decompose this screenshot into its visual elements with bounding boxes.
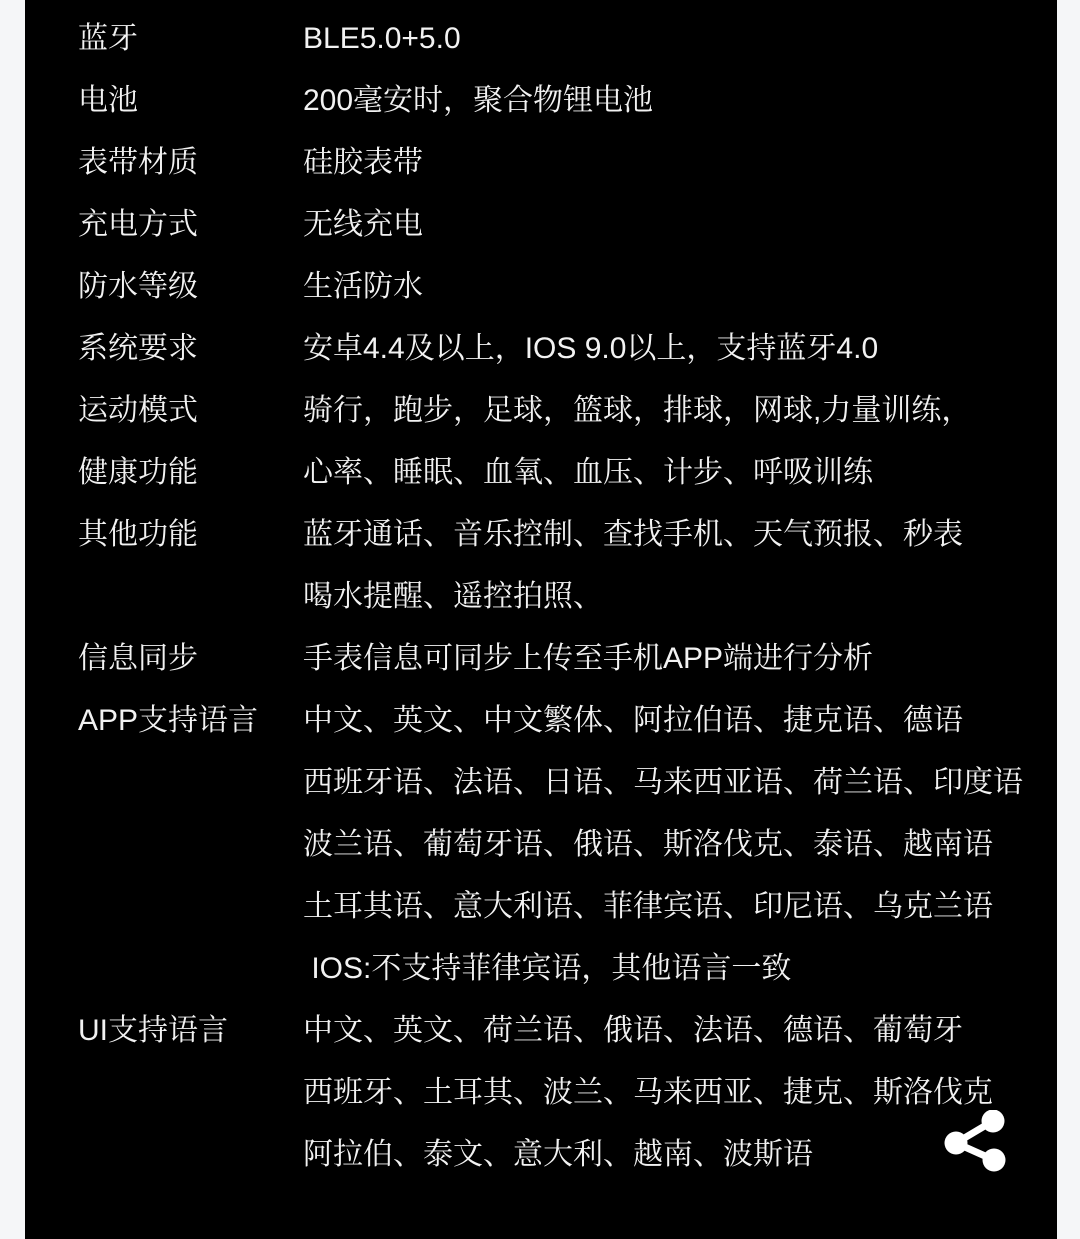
spec-value-line: 土耳其语、意大利语、菲律宾语、印尼语、乌克兰语	[303, 876, 1057, 938]
spec-value-line: 硅胶表带	[303, 132, 1057, 194]
spec-value-line: 中文、英文、中文繁体、阿拉伯语、捷克语、德语	[303, 690, 1057, 752]
spec-value: 硅胶表带	[303, 132, 1057, 194]
spec-table: 蓝牙 BLE5.0+5.0 电池 200毫安时，聚合物锂电池 表带材质 硅胶表带…	[25, 8, 1057, 1186]
spec-label: 系统要求	[25, 318, 303, 380]
spec-label: 蓝牙	[25, 8, 303, 70]
spec-value: 骑行，跑步，足球，篮球，排球，网球,力量训练，	[303, 380, 1057, 442]
spec-value-line: 生活防水	[303, 256, 1057, 318]
spec-row-waterproof: 防水等级 生活防水	[25, 256, 1057, 318]
spec-value: 手表信息可同步上传至手机APP端进行分析	[303, 628, 1057, 690]
spec-value-line: 蓝牙通话、音乐控制、查找手机、天气预报、秒表	[303, 504, 1057, 566]
spec-value-line: 喝水提醒、遥控拍照、	[303, 566, 1057, 628]
spec-row-strap-material: 表带材质 硅胶表带	[25, 132, 1057, 194]
spec-value: 心率、睡眠、血氧、血压、计步、呼吸训练	[303, 442, 1057, 504]
spec-value: 安卓4.4及以上，IOS 9.0以上，支持蓝牙4.0	[303, 318, 1057, 380]
spec-row-battery: 电池 200毫安时，聚合物锂电池	[25, 70, 1057, 132]
spec-value: 200毫安时，聚合物锂电池	[303, 70, 1057, 132]
spec-value-line: 手表信息可同步上传至手机APP端进行分析	[303, 628, 1057, 690]
spec-value: 生活防水	[303, 256, 1057, 318]
spec-label: 充电方式	[25, 194, 303, 256]
spec-value-line: 骑行，跑步，足球，篮球，排球，网球,力量训练，	[303, 380, 1057, 442]
spec-value-line: 心率、睡眠、血氧、血压、计步、呼吸训练	[303, 442, 1057, 504]
spec-label: UI支持语言	[25, 1000, 303, 1062]
spec-label: 电池	[25, 70, 303, 132]
spec-row-info-sync: 信息同步 手表信息可同步上传至手机APP端进行分析	[25, 628, 1057, 690]
spec-label: APP支持语言	[25, 690, 303, 752]
spec-row-charging: 充电方式 无线充电	[25, 194, 1057, 256]
spec-value-line: 中文、英文、荷兰语、俄语、法语、德语、葡萄牙	[303, 1000, 1057, 1062]
spec-value: BLE5.0+5.0	[303, 8, 1057, 70]
spec-value-line: 波兰语、葡萄牙语、俄语、斯洛伐克、泰语、越南语	[303, 814, 1057, 876]
spec-row-health-functions: 健康功能 心率、睡眠、血氧、血压、计步、呼吸训练	[25, 442, 1057, 504]
spec-row-app-languages: APP支持语言 中文、英文、中文繁体、阿拉伯语、捷克语、德语 西班牙语、法语、日…	[25, 690, 1057, 1000]
spec-panel: 蓝牙 BLE5.0+5.0 电池 200毫安时，聚合物锂电池 表带材质 硅胶表带…	[25, 0, 1057, 1239]
share-button[interactable]	[943, 1110, 1007, 1174]
spec-label: 防水等级	[25, 256, 303, 318]
spec-label: 健康功能	[25, 442, 303, 504]
spec-row-ui-languages: UI支持语言 中文、英文、荷兰语、俄语、法语、德语、葡萄牙 西班牙、土耳其、波兰…	[25, 1000, 1057, 1186]
spec-row-other-functions: 其他功能 蓝牙通话、音乐控制、查找手机、天气预报、秒表 喝水提醒、遥控拍照、	[25, 504, 1057, 628]
spec-row-system-requirements: 系统要求 安卓4.4及以上，IOS 9.0以上，支持蓝牙4.0	[25, 318, 1057, 380]
share-icon	[943, 1110, 1007, 1174]
spec-value-line: 安卓4.4及以上，IOS 9.0以上，支持蓝牙4.0	[303, 318, 1057, 380]
spec-value: 中文、英文、中文繁体、阿拉伯语、捷克语、德语 西班牙语、法语、日语、马来西亚语、…	[303, 690, 1057, 1000]
spec-value-line: 无线充电	[303, 194, 1057, 256]
spec-value-line: BLE5.0+5.0	[303, 8, 1057, 70]
spec-label: 表带材质	[25, 132, 303, 194]
spec-label: 信息同步	[25, 628, 303, 690]
spec-row-sport-modes: 运动模式 骑行，跑步，足球，篮球，排球，网球,力量训练，	[25, 380, 1057, 442]
spec-value: 无线充电	[303, 194, 1057, 256]
spec-value: 蓝牙通话、音乐控制、查找手机、天气预报、秒表 喝水提醒、遥控拍照、	[303, 504, 1057, 628]
spec-label: 其他功能	[25, 504, 303, 566]
spec-value-line: 西班牙语、法语、日语、马来西亚语、荷兰语、印度语	[303, 752, 1057, 814]
spec-value-line-ios-note: IOS:不支持菲律宾语，其他语言一致	[303, 938, 1057, 1000]
spec-label: 运动模式	[25, 380, 303, 442]
spec-row-bluetooth: 蓝牙 BLE5.0+5.0	[25, 8, 1057, 70]
spec-value-line: 200毫安时，聚合物锂电池	[303, 70, 1057, 132]
